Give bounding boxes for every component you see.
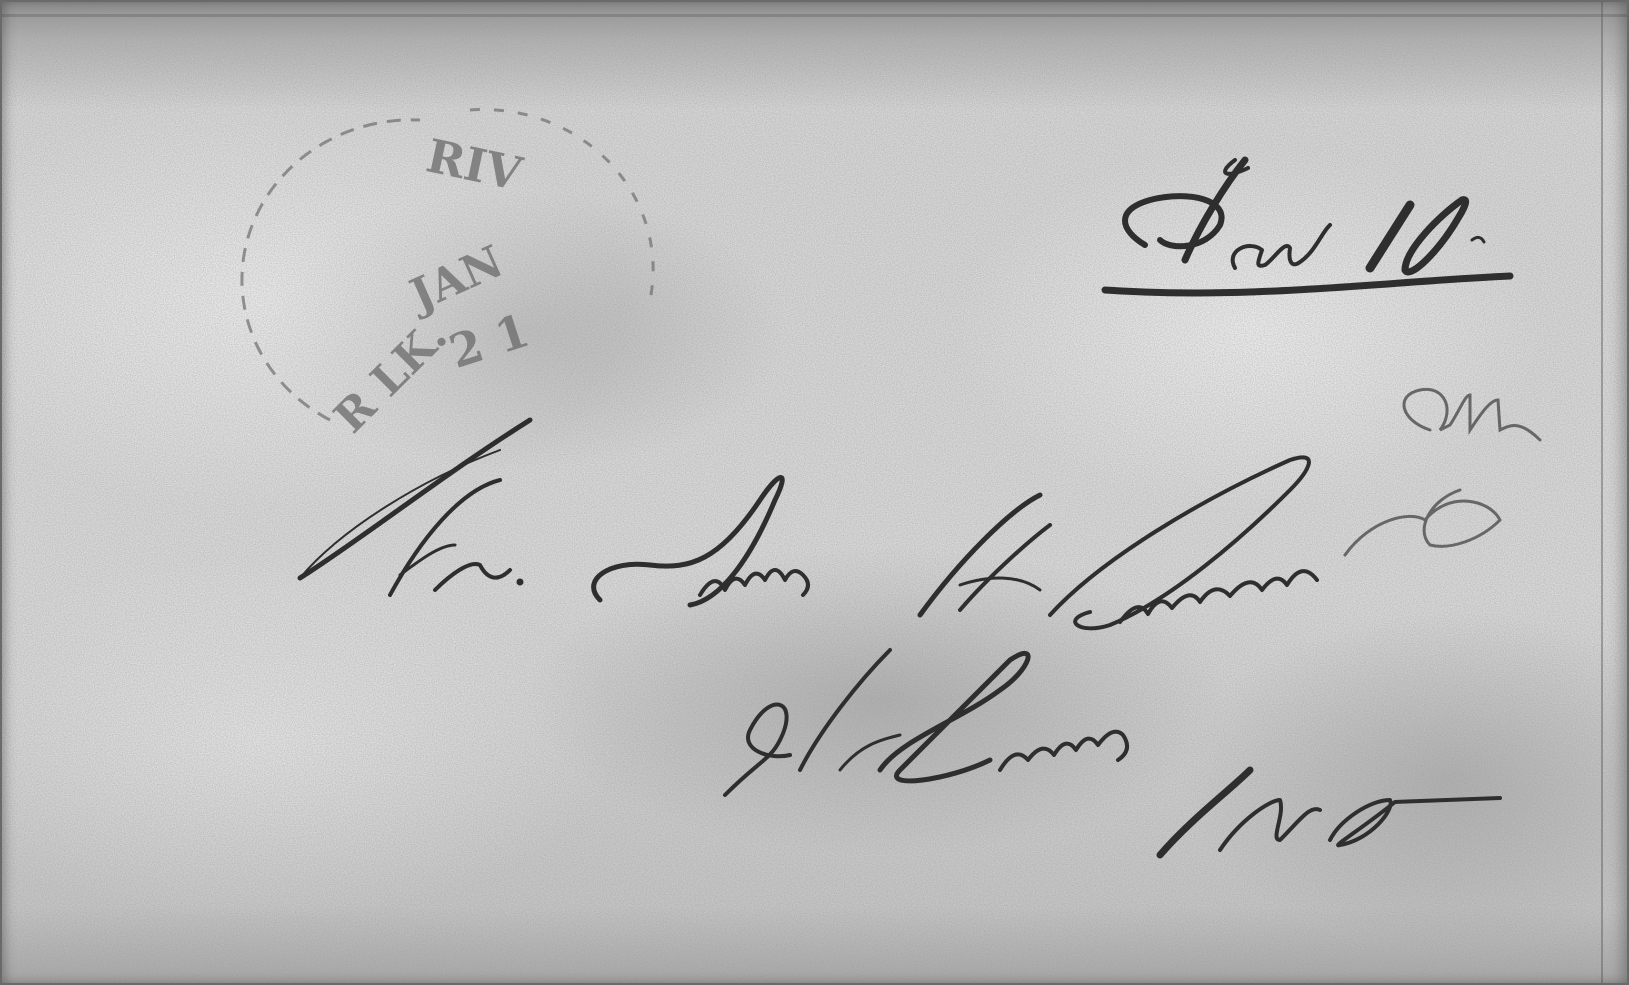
pencil-notation-mark: [0, 0, 1629, 985]
envelope-scan: RIV JAN 2 1 R LK. JAN 21 RIV R LK.: [0, 0, 1629, 985]
